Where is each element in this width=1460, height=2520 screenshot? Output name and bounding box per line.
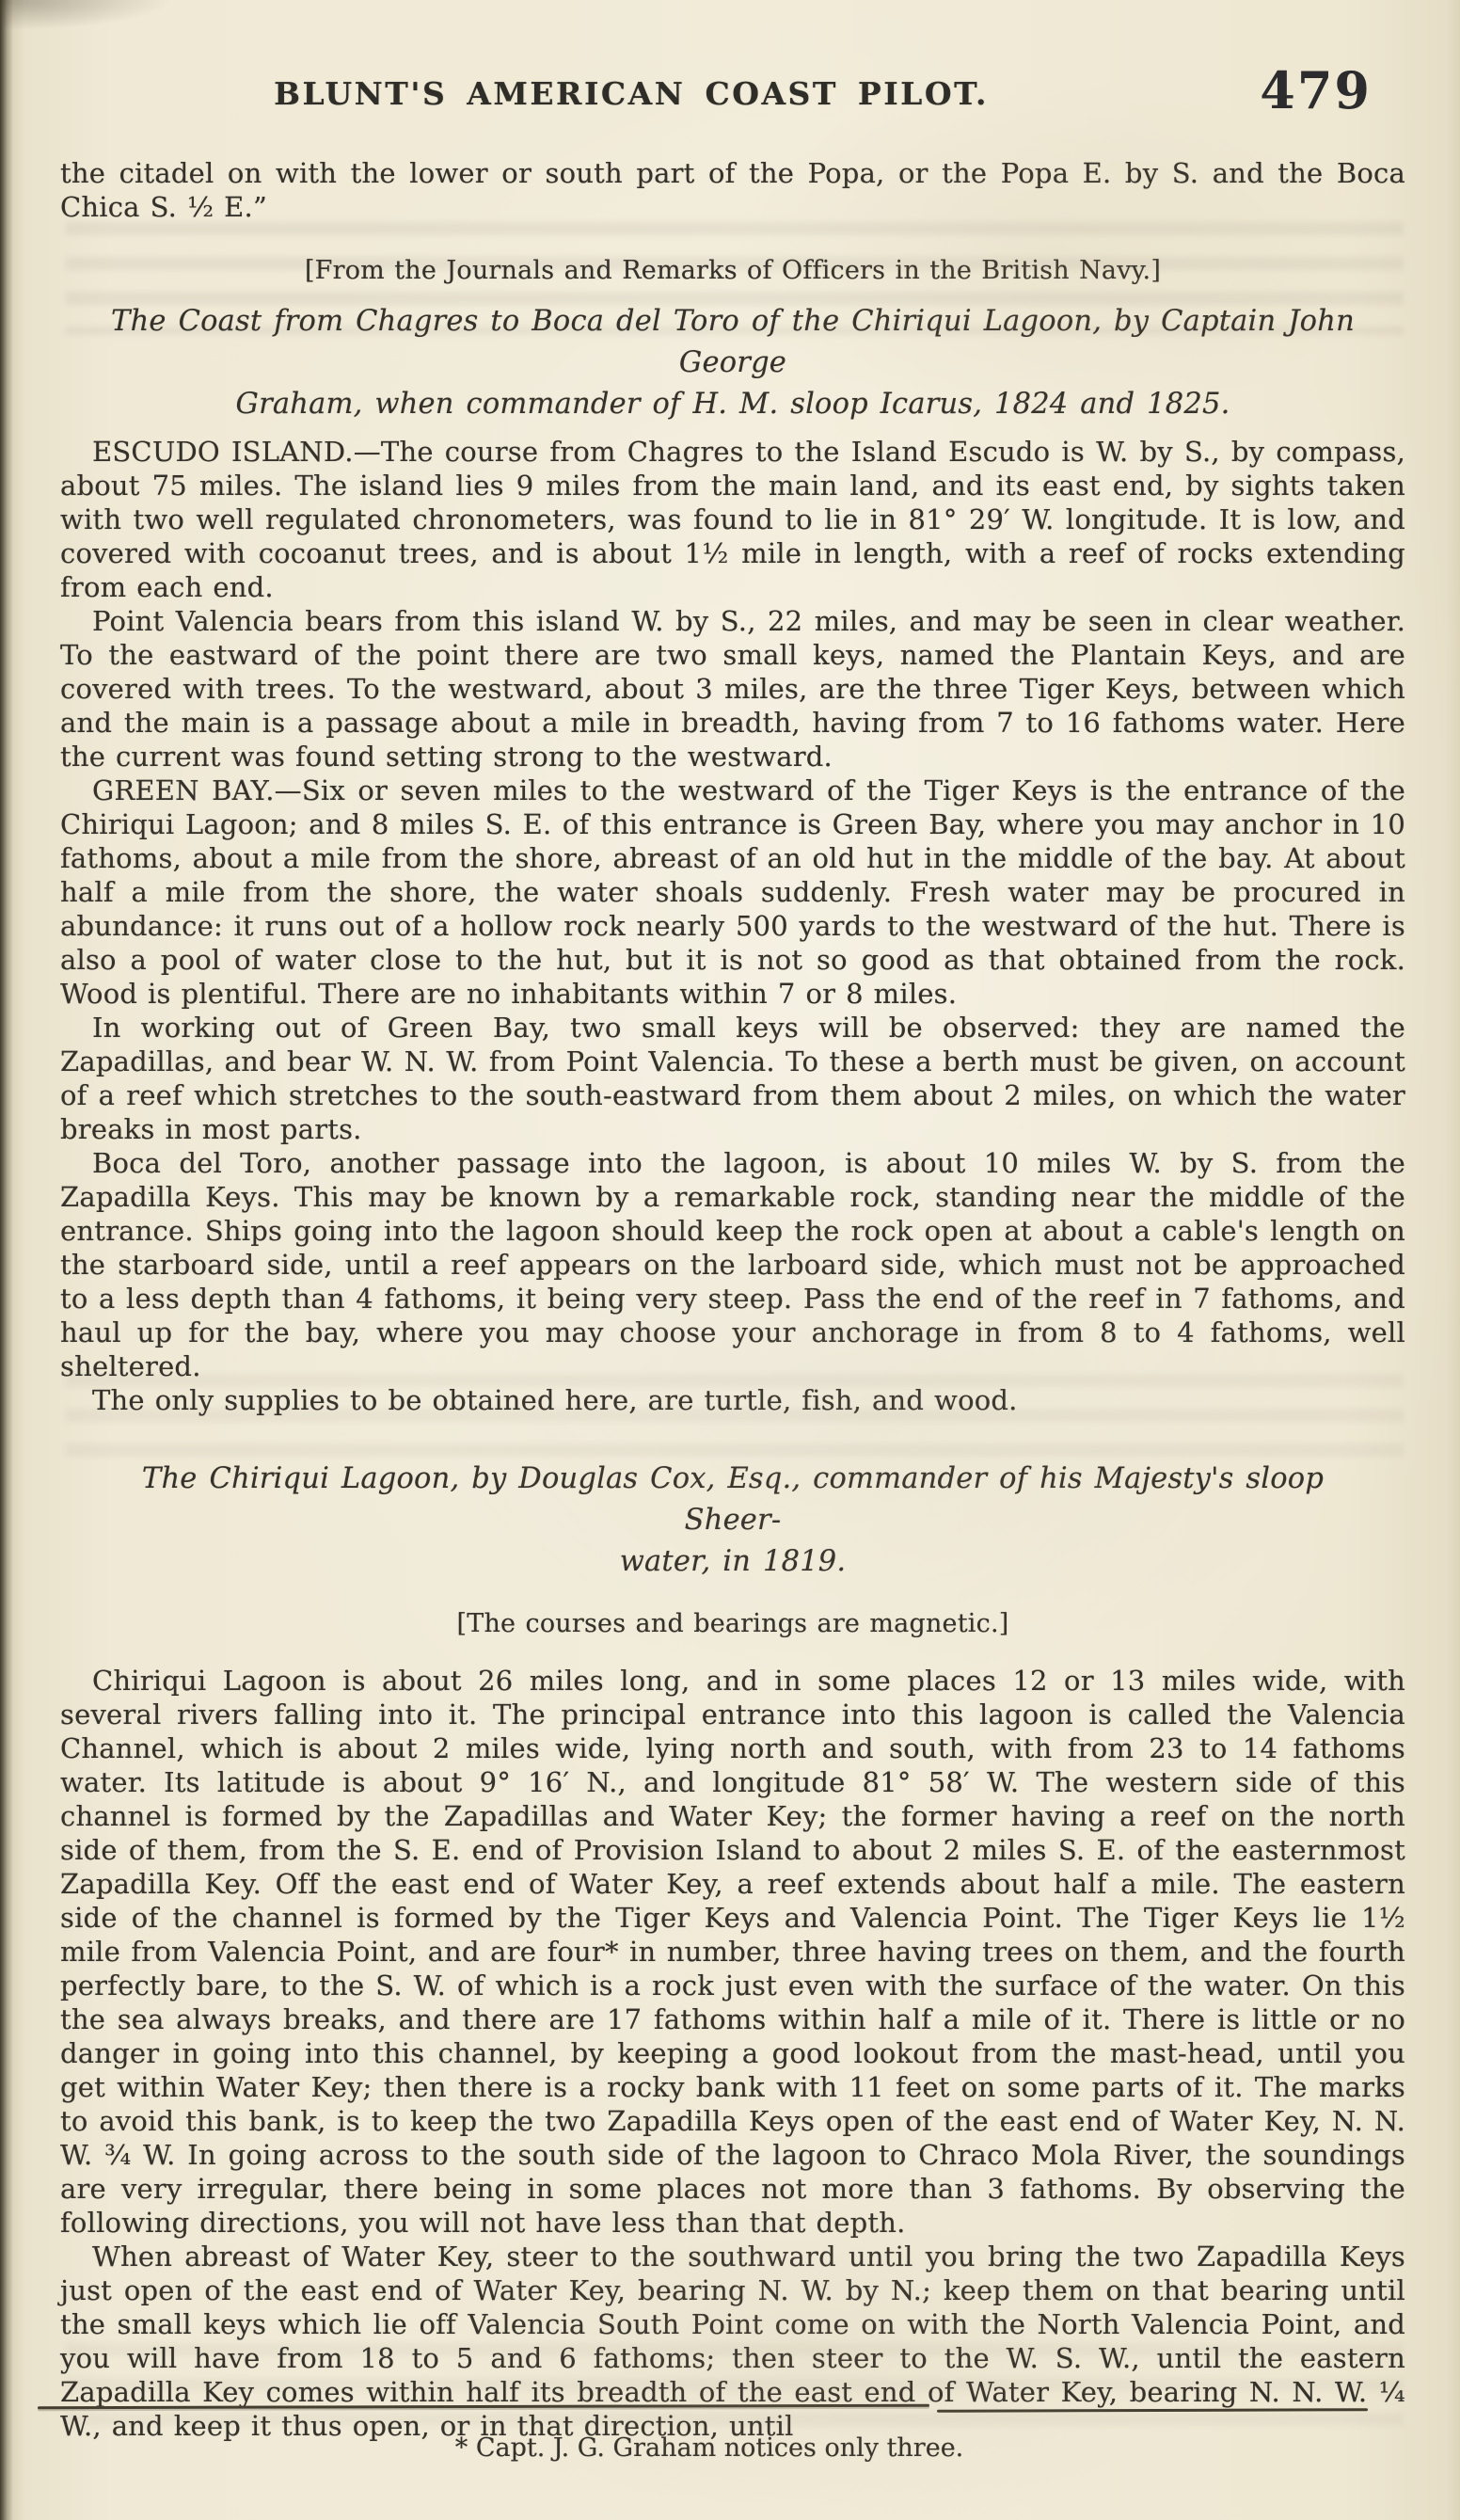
paragraph-chiriqui-description: Chiriqui Lagoon is about 26 miles long, … <box>60 1664 1405 2240</box>
paragraph-boca-del-toro: Boca del Toro, another passage into the … <box>60 1146 1405 1383</box>
paragraph-escudo-island: ESCUDO ISLAND.—The course from Chagres t… <box>60 435 1405 604</box>
paragraph-supplies: The only supplies to be obtained here, a… <box>60 1383 1405 1417</box>
page-number: 479 <box>1260 60 1372 120</box>
source-note-british-navy: [From the Journals and Remarks of Office… <box>60 254 1405 288</box>
paragraph-popa-continuation: the citadel on with the lower or south p… <box>60 156 1405 224</box>
text-block: the citadel on with the lower or south p… <box>60 156 1405 2443</box>
note-magnetic-bearings: [The courses and bearings are magnetic.] <box>60 1607 1405 1641</box>
paragraph-green-bay: GREEN BAY.—Six or seven miles to the wes… <box>60 774 1405 1011</box>
footnote-rule <box>38 2401 1368 2413</box>
scan-corner-top <box>0 0 245 38</box>
paragraph-point-valencia: Point Valencia bears from this island W.… <box>60 604 1405 774</box>
heading-line: The Coast from Chagres to Boca del Toro … <box>111 305 1355 379</box>
book-title: BLUNT'S AMERICAN COAST PILOT. <box>0 75 1304 112</box>
scan-edge-left <box>0 0 13 2520</box>
footnote-graham: * Capt. J. G. Graham notices only three. <box>60 2433 1358 2463</box>
book-page-scan: BLUNT'S AMERICAN COAST PILOT. 479 the ci… <box>0 0 1460 2520</box>
running-header: BLUNT'S AMERICAN COAST PILOT. 479 <box>60 75 1405 141</box>
footnote-rule-segment <box>937 2408 1368 2413</box>
article-heading-chiriqui-lagoon: The Chiriqui Lagoon, by Douglas Cox, Esq… <box>98 1459 1368 1583</box>
paragraph-zapadillas: In working out of Green Bay, two small k… <box>60 1011 1405 1146</box>
article-heading-chagres-boca-del-toro: The Coast from Chagres to Boca del Toro … <box>98 301 1368 425</box>
footnote-rule-segment <box>38 2404 929 2409</box>
heading-line: Graham, when commander of H. M. sloop Ic… <box>236 388 1230 421</box>
heading-line: The Chiriqui Lagoon, by Douglas Cox, Esq… <box>142 1462 1324 1537</box>
heading-line: water, in 1819. <box>620 1545 847 1578</box>
